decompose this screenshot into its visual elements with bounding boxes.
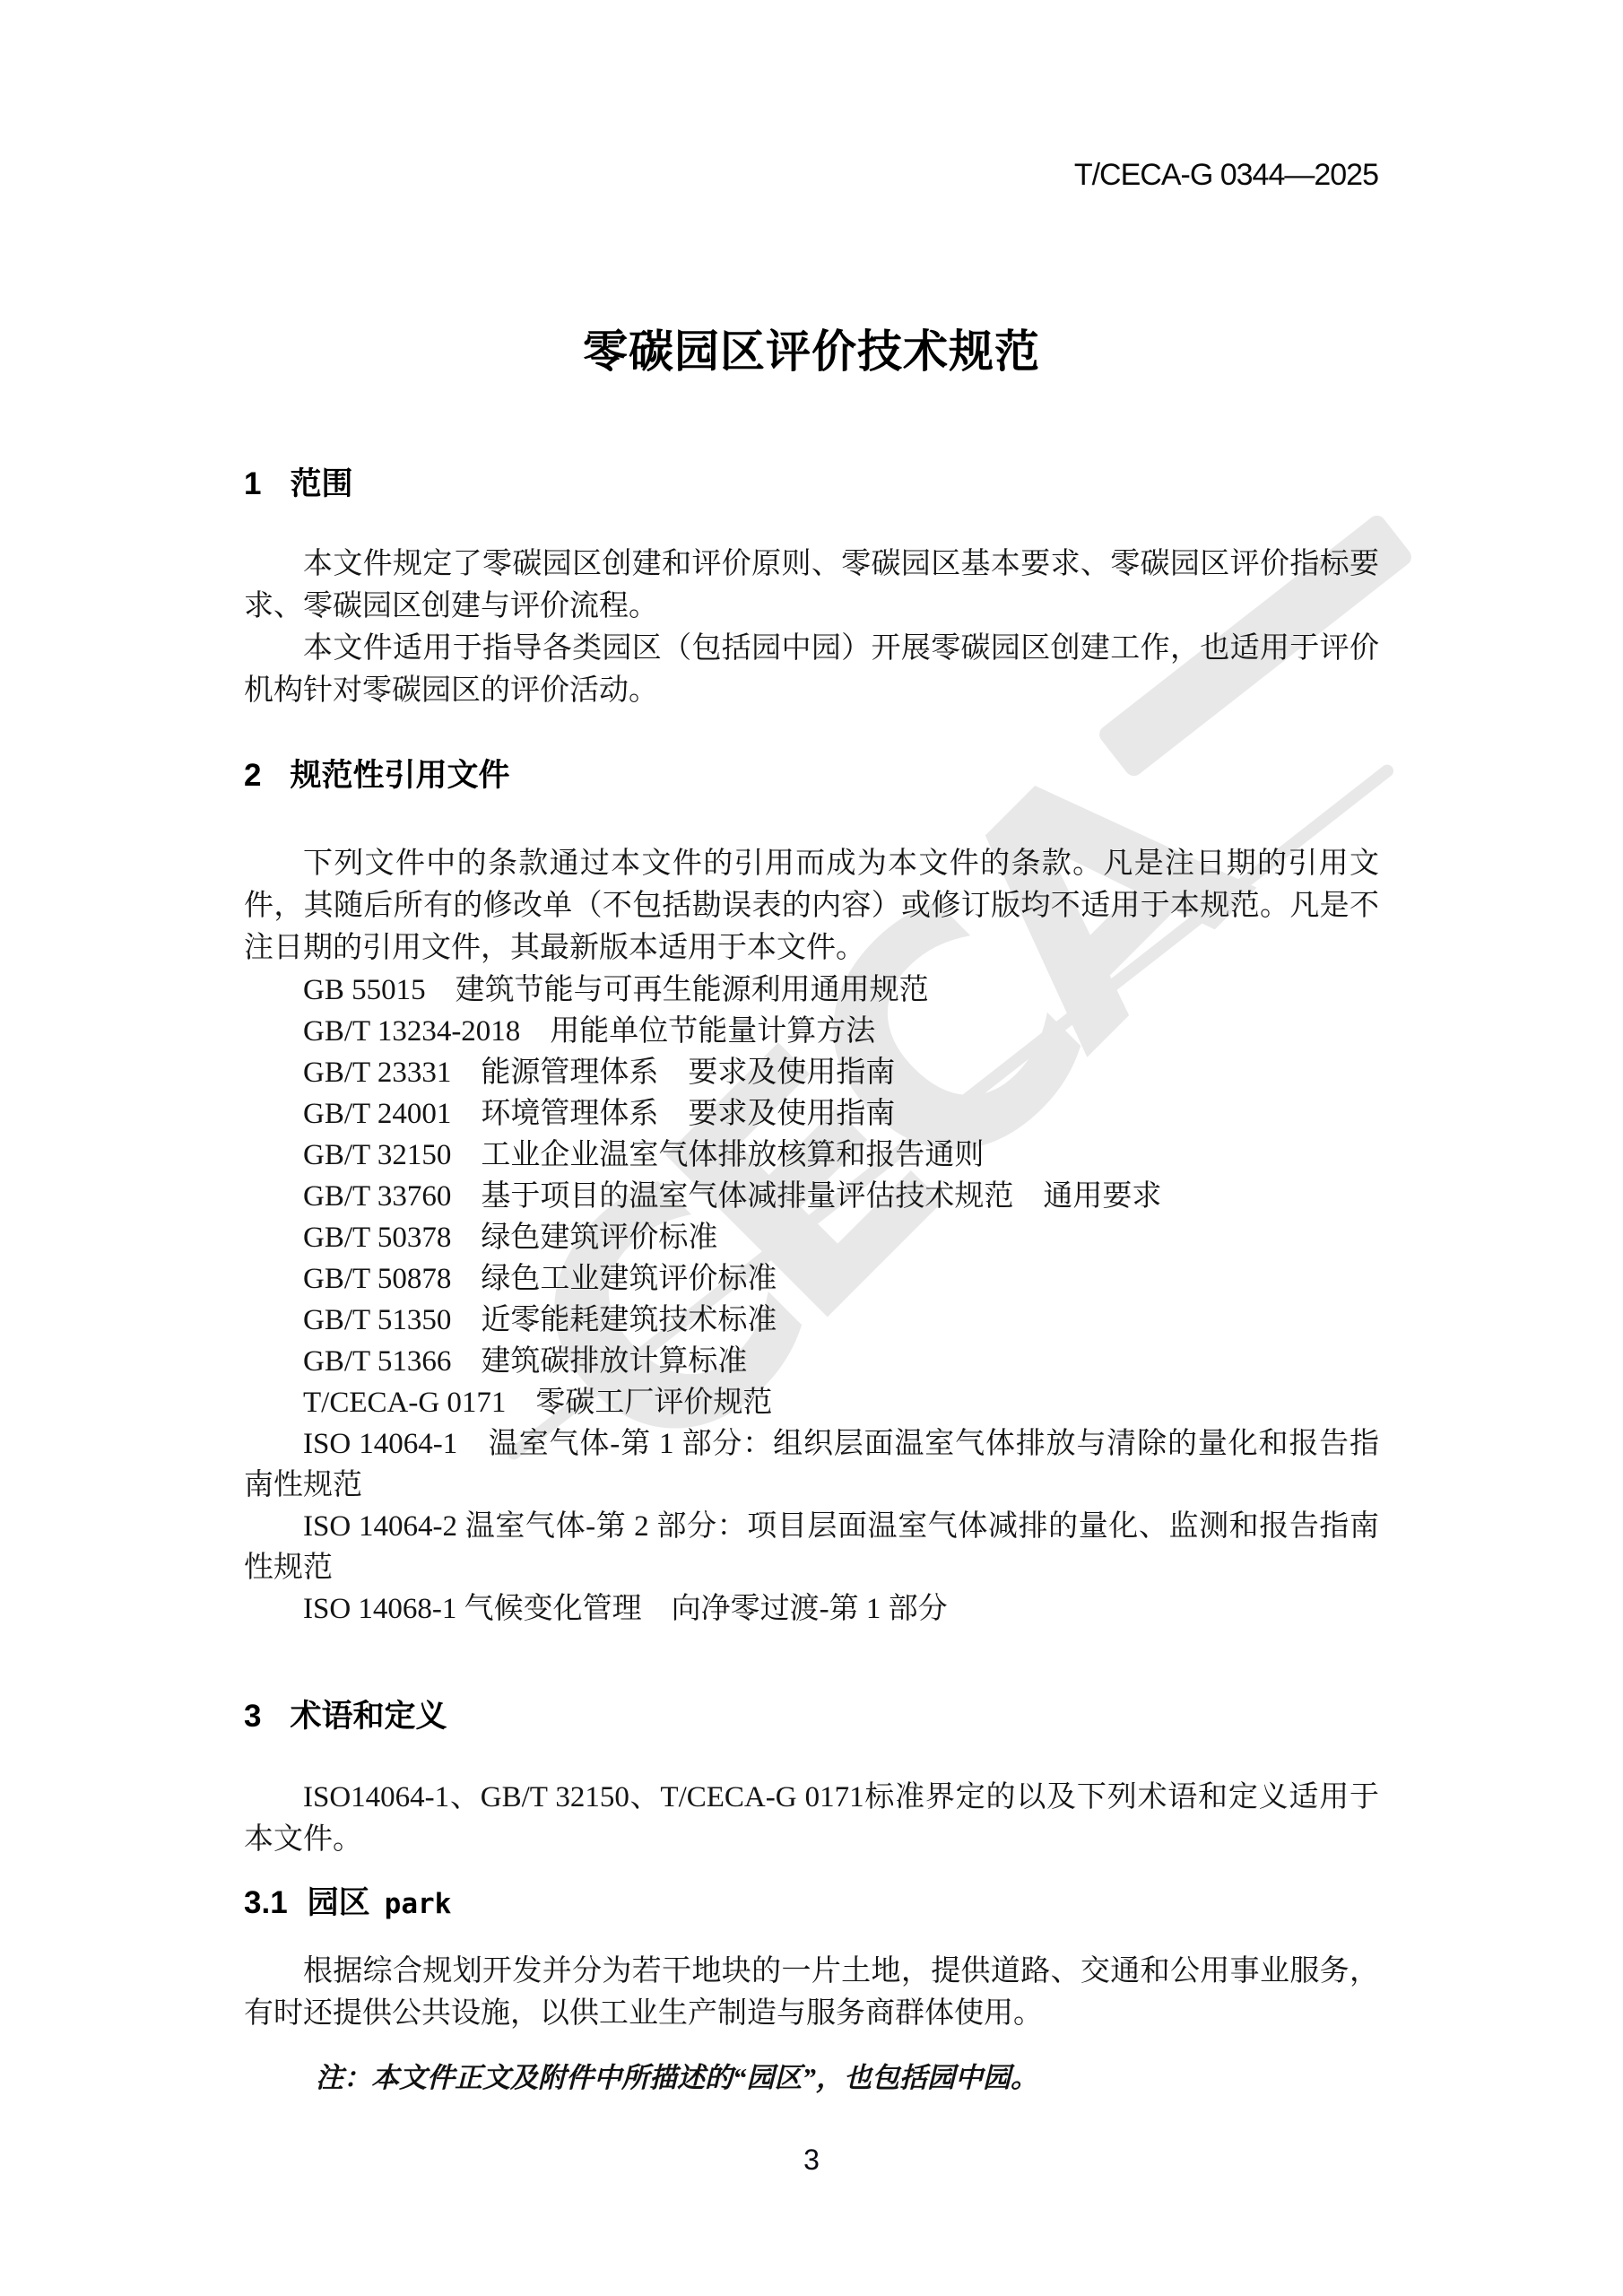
reference-item: GB/T 32150 工业企业温室气体排放核算和报告通则 <box>244 1135 1379 1176</box>
reference-item: GB/T 51366 建筑碳排放计算标准 <box>244 1341 1379 1382</box>
term-name-en: park <box>385 1884 452 1924</box>
references-intro: 下列文件中的条款通过本文件的引用而成为本文件的条款。凡是注日期的引用文件，其随后… <box>244 843 1379 970</box>
term-name-zh: 园区 <box>308 1883 370 1923</box>
section-3-number: 3 <box>244 1697 261 1736</box>
scope-paragraph-2: 本文件适用于指导各类园区（包括园中园）开展零碳园区创建工作，也适用于评价机构针对… <box>244 628 1379 712</box>
section-2-title: 规范性引用文件 <box>290 756 509 796</box>
reference-item: GB/T 33760 基于项目的温室气体减排量评估技术规范 通用要求 <box>244 1176 1379 1217</box>
reference-item: GB/T 50378 绿色建筑评价标准 <box>244 1217 1379 1258</box>
terms-intro: ISO14064-1、GB/T 32150、T/CECA-G 0171标准界定的… <box>244 1777 1379 1861</box>
document-body: 1 范围 本文件规定了零碳园区创建和评价原则、零碳园区基本要求、零碳园区评价指标… <box>244 0 1379 2098</box>
reference-item: GB/T 13234-2018 用能单位节能量计算方法 <box>244 1011 1379 1052</box>
scope-paragraph-1: 本文件规定了零碳园区创建和评价原则、零碳园区基本要求、零碳园区评价指标要求、零碳… <box>244 544 1379 628</box>
section-3-title: 术语和定义 <box>290 1697 447 1736</box>
section-1-heading: 1 范围 <box>244 465 1379 504</box>
reference-item: ISO 14064-2 温室气体-第 2 部分：项目层面温室气体减排的量化、监测… <box>244 1506 1379 1588</box>
term-3-1-heading: 3.1 园区 park <box>244 1883 1379 1924</box>
term-definition: 根据综合规划开发并分为若干地块的一片土地，提供道路、交通和公用事业服务，有时还提… <box>244 1951 1379 2035</box>
references-list: GB 55015 建筑节能与可再生能源利用通用规范 GB/T 13234-201… <box>244 970 1379 1630</box>
section-1-title: 范围 <box>290 465 352 504</box>
section-1-number: 1 <box>244 465 261 504</box>
reference-item: GB 55015 建筑节能与可再生能源利用通用规范 <box>244 970 1379 1011</box>
reference-item: GB/T 51350 近零能耗建筑技术标准 <box>244 1300 1379 1341</box>
doc-number: T/CECA-G 0344—2025 <box>1074 158 1378 193</box>
section-2-number: 2 <box>244 756 261 796</box>
page-title: 零碳园区评价技术规范 <box>0 316 1623 380</box>
reference-item: T/CECA-G 0171 零碳工厂评价规范 <box>244 1382 1379 1423</box>
reference-item: GB/T 50878 绿色工业建筑评价标准 <box>244 1258 1379 1300</box>
term-note: 注：本文件正文及附件中所描述的“园区”，也包括园中园。 <box>244 2057 1379 2098</box>
reference-item: GB/T 23331 能源管理体系 要求及使用指南 <box>244 1052 1379 1093</box>
reference-item: ISO 14064-1 温室气体-第 1 部分：组织层面温室气体排放与清除的量化… <box>244 1423 1379 1506</box>
reference-item: GB/T 24001 环境管理体系 要求及使用指南 <box>244 1093 1379 1135</box>
section-2-heading: 2 规范性引用文件 <box>244 756 1379 796</box>
reference-item: ISO 14068-1 气候变化管理 向净零过渡-第 1 部分 <box>244 1588 1379 1630</box>
page-number: 3 <box>0 2144 1623 2177</box>
term-number: 3.1 <box>244 1883 288 1923</box>
document-page: CECA T/CECA-G 0344—2025 零碳园区评价技术规范 1 范围 … <box>0 0 1623 2296</box>
section-3-heading: 3 术语和定义 <box>244 1697 1379 1736</box>
